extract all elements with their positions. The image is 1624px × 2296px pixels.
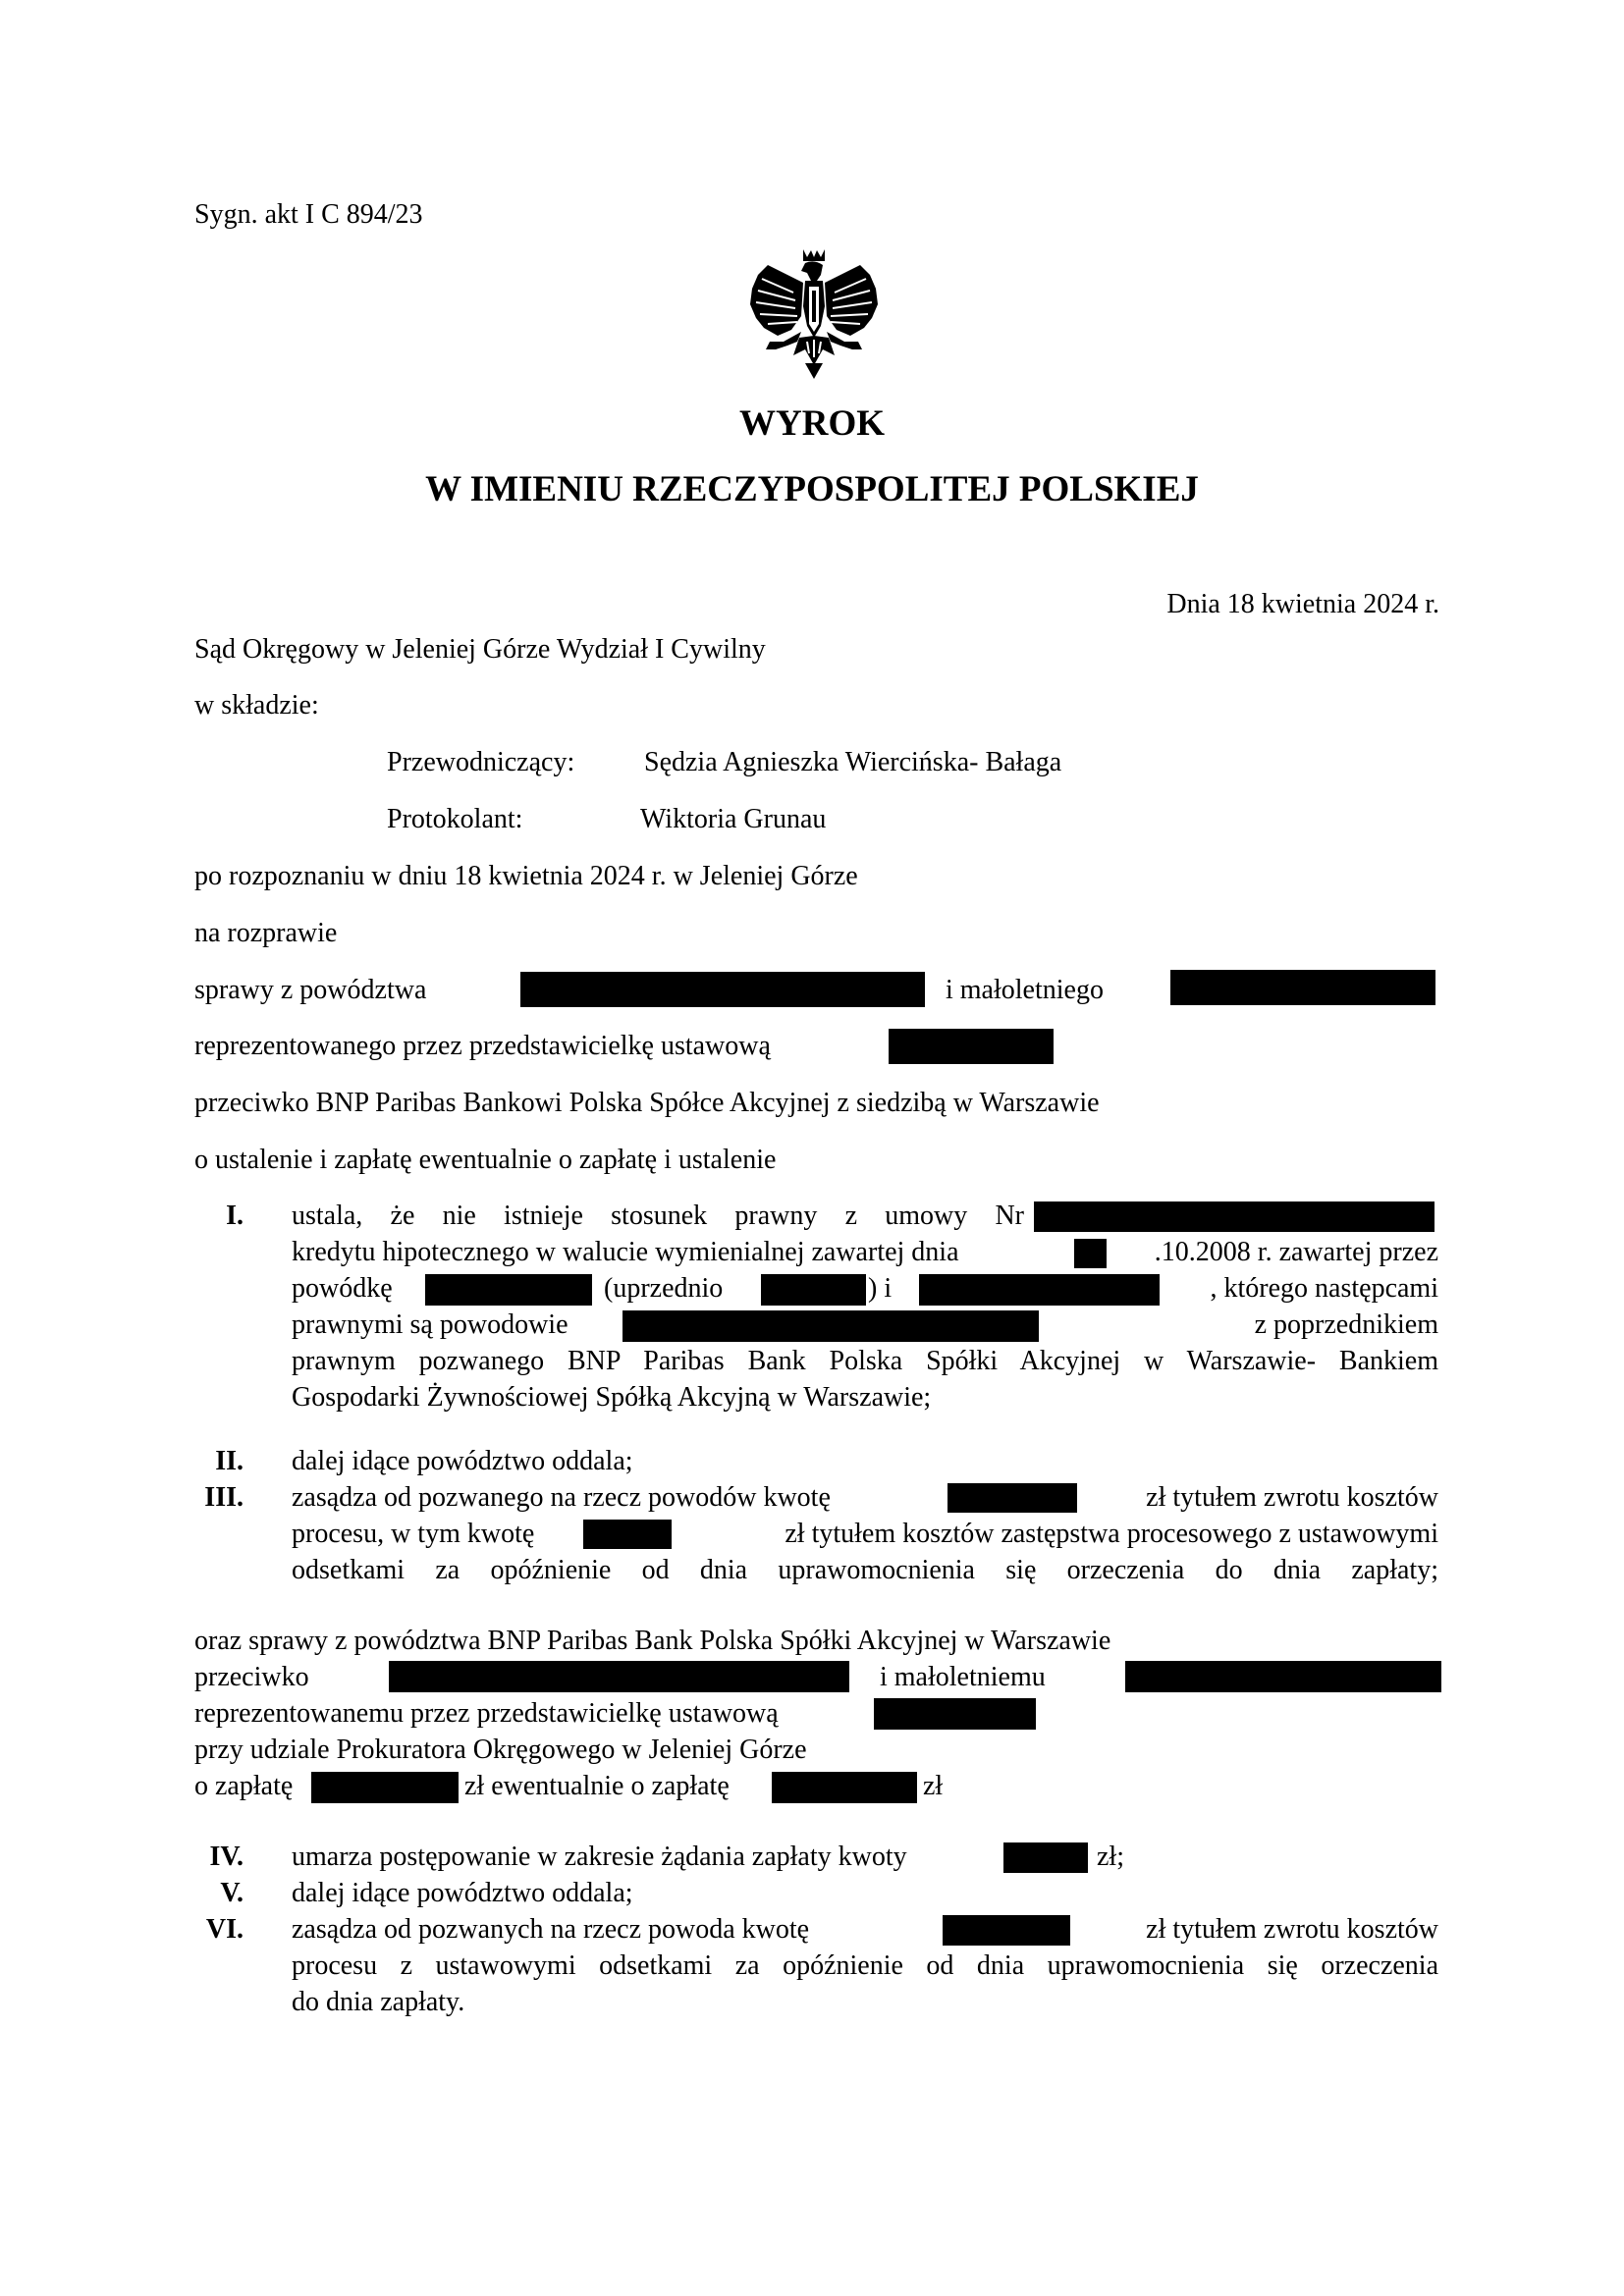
item-6-line-2: procesu z ustawowymi odsetkami za opóźni…	[292, 1949, 1438, 1983]
item-5-text: dalej idące powództwo oddala;	[292, 1877, 633, 1910]
case2-representative: reprezentowanemu przez przedstawicielkę …	[194, 1697, 779, 1731]
case2-prosecutor: przy udziale Prokuratora Okręgowego w Je…	[194, 1734, 807, 1767]
item-1-line-4b: z poprzednikiem	[1041, 1308, 1438, 1342]
polish-eagle-emblem-icon	[748, 247, 880, 381]
item-4-line-1a: umarza postępowanie w zakresie żądania z…	[292, 1841, 907, 1874]
item-1-line-3b: (uprzednio	[604, 1272, 723, 1306]
item-1-line-1: ustala, że nie istnieje stosunek prawny …	[292, 1200, 1024, 1233]
redaction-costs-amount	[947, 1483, 1077, 1513]
session-type: na rozprawie	[194, 917, 337, 950]
case2-currency: zł	[923, 1770, 943, 1803]
item-4-line-1b: zł;	[1097, 1841, 1124, 1874]
redaction-minor-defendant	[1125, 1661, 1441, 1692]
item-numeral-2: II.	[192, 1445, 244, 1478]
item-1-line-5: prawnym pozwanego BNP Paribas Bank Polsk…	[292, 1345, 1438, 1378]
item-1-line-3a: powódkę	[292, 1272, 393, 1306]
case2-plaintiff: oraz sprawy z powództwa BNP Paribas Bank…	[194, 1625, 1110, 1658]
item-2-text: dalej idące powództwo oddala;	[292, 1445, 633, 1478]
item-numeral-5: V.	[192, 1877, 244, 1910]
item-1-line-3c: ) i	[868, 1272, 892, 1306]
redaction-minor	[1170, 970, 1435, 1005]
item-1-line-6: Gospodarki Żywnościowej Spółką Akcyjną w…	[292, 1381, 931, 1415]
redaction-plaintiff	[520, 972, 925, 1007]
redaction-contract-number	[1034, 1201, 1435, 1232]
item-3-line-2a: procesu, w tym kwotę	[292, 1518, 534, 1551]
case2-claim-label: o zapłatę	[194, 1770, 293, 1803]
judgment-date: Dnia 18 kwietnia 2024 r.	[1110, 588, 1439, 621]
redaction-alternative-amount	[772, 1772, 917, 1803]
case-number: Sygn. akt I C 894/23	[194, 198, 423, 232]
item-1-line-2b: .10.2008 r. zawartej przez	[1107, 1236, 1438, 1269]
item-3-line-2b: zł tytułem kosztów zastępstwa procesoweg…	[677, 1518, 1438, 1551]
item-3-line-3: odsetkami za opóźnienie od dnia uprawomo…	[292, 1554, 1438, 1587]
presiding-label: Przewodniczący:	[387, 746, 574, 779]
redaction-representative	[889, 1029, 1054, 1064]
redaction-plaintiff-name	[425, 1274, 592, 1306]
composition-label: w składzie:	[194, 689, 319, 722]
redaction-maiden-name	[761, 1274, 866, 1306]
redaction-borrower	[919, 1274, 1160, 1306]
redaction-representative-2	[874, 1698, 1036, 1730]
item-6-line-1b: zł tytułem zwrotu kosztów	[1080, 1913, 1438, 1947]
item-1-text: ustala, że nie istnieje stosunek prawny …	[292, 1201, 1024, 1231]
redaction-representation-amount	[583, 1520, 672, 1549]
case1-subject: o ustalenie i zapłatę ewentualnie o zapł…	[194, 1144, 776, 1177]
redaction-claim-amount	[311, 1772, 459, 1803]
item-numeral-6: VI.	[192, 1913, 244, 1947]
case1-minor-label: i małoletniego	[946, 974, 1104, 1007]
case1-defendant: przeciwko BNP Paribas Bankowi Polska Spó…	[194, 1087, 1100, 1120]
document-title: WYROK	[0, 402, 1624, 446]
redaction-day	[1074, 1239, 1107, 1268]
document-page: Sygn. akt I C 894/23 WYROK W IMIENIU RZE…	[0, 0, 1624, 2296]
hearing-info: po rozpoznaniu w dniu 18 kwietnia 2024 r…	[194, 860, 858, 893]
case2-minor-label: i małoletniemu	[880, 1661, 1046, 1694]
item-numeral-1: I.	[192, 1200, 244, 1233]
item-3-line-1b: zł tytułem zwrotu kosztów	[1080, 1481, 1438, 1515]
case1-representative: reprezentowanego przez przedstawicielkę …	[194, 1030, 771, 1063]
case2-alternative-label: zł ewentualnie o zapłatę	[464, 1770, 730, 1803]
case1-plaintiff-label: sprawy z powództwa	[194, 974, 426, 1007]
redaction-successors	[623, 1310, 1039, 1342]
clerk-label: Protokolant:	[387, 803, 522, 836]
redaction-counterclaim-costs	[943, 1915, 1070, 1946]
clerk-name: Wiktoria Grunau	[640, 803, 826, 836]
item-1-line-4a: prawnymi są powodowie	[292, 1308, 568, 1342]
item-numeral-3: III.	[192, 1481, 244, 1515]
presiding-judge: Sędzia Agnieszka Wiercińska- Bałaga	[644, 746, 1061, 779]
court-name: Sąd Okręgowy w Jeleniej Górze Wydział I …	[194, 633, 766, 667]
document-subtitle: W IMIENIU RZECZYPOSPOLITEJ POLSKIEJ	[0, 468, 1624, 511]
case2-against-label: przeciwko	[194, 1661, 309, 1694]
item-6-line-1a: zasądza od pozwanych na rzecz powoda kwo…	[292, 1913, 809, 1947]
item-numeral-4: IV.	[192, 1841, 244, 1874]
item-6-line-3: do dnia zapłaty.	[292, 1986, 464, 2019]
item-1-line-2a: kredytu hipotecznego w walucie wymienial…	[292, 1236, 959, 1269]
item-1-line-3d: , którego następcami	[1160, 1272, 1438, 1306]
redaction-discontinued-amount	[1003, 1842, 1088, 1873]
item-3-line-1a: zasądza od pozwanego na rzecz powodów kw…	[292, 1481, 831, 1515]
redaction-defendant	[389, 1661, 849, 1692]
